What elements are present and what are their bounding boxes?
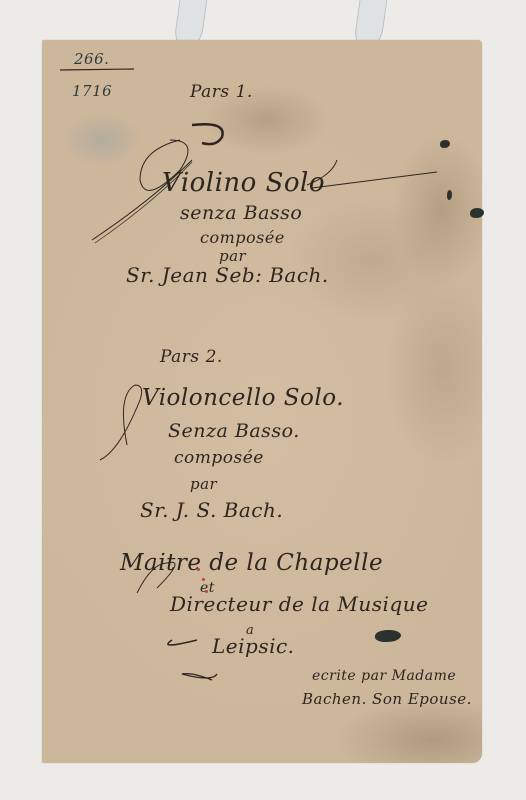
part-two-composed: composée (174, 448, 264, 468)
part-two-composer: Sr. J. S. Bach. (140, 498, 283, 522)
shelf-mark-second: 1716 (72, 82, 112, 100)
red-mark (197, 568, 200, 571)
place-name: Leipsic. (212, 634, 295, 658)
part-two-par: par (190, 475, 217, 493)
part-one-composed: composée (200, 228, 285, 247)
part-two-title: Violoncello Solo. (142, 385, 344, 411)
part-one-title: Violino Solo (162, 168, 325, 198)
part-one-label: Pars 1. (190, 82, 253, 102)
red-mark (202, 578, 205, 581)
part-one-composer: Sr. Jean Seb: Bach. (126, 263, 329, 287)
position-line-1: Maitre de la Chapelle (120, 550, 383, 576)
manuscript-sheet: 266. 1716 Pars 1. Violino Solo senza Bas… (42, 40, 482, 763)
part-two-label: Pars 2. (160, 347, 223, 367)
scribe-note-line-2: Bachen. Son Epouse. (302, 690, 472, 708)
red-mark (205, 590, 208, 593)
position-line-2: Directeur de la Musique (170, 592, 428, 616)
scribe-note-line-1: ecrite par Madame (312, 668, 456, 684)
part-one-subtitle: senza Basso (180, 202, 302, 224)
part-two-subtitle: Senza Basso. (168, 420, 300, 442)
shelf-mark-top: 266. (74, 50, 109, 68)
